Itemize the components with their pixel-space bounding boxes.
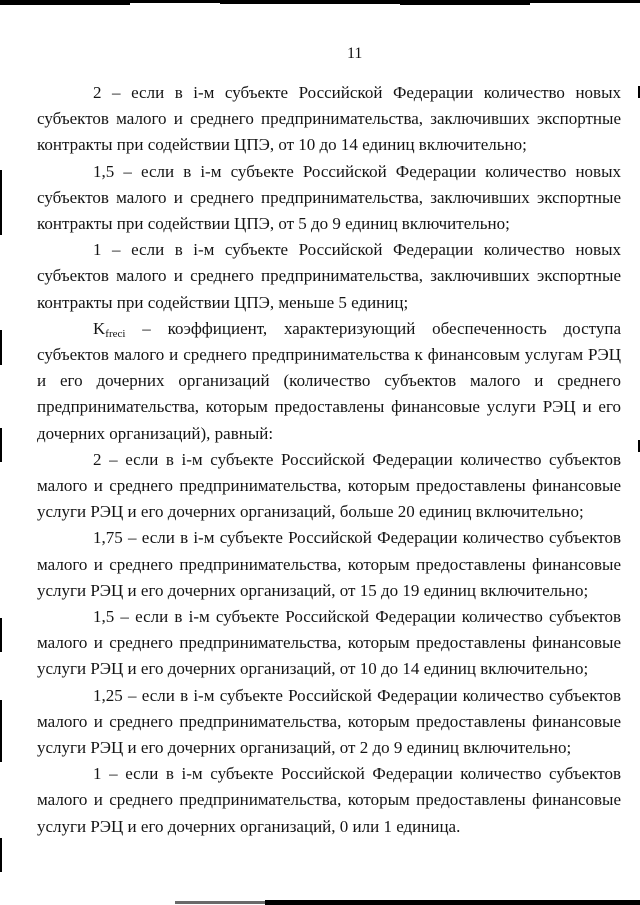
scan-artifact-left-edge [0,170,2,235]
scan-artifact-left-edge [0,618,2,652]
paragraph-cpe-value-1: 1 – если в i-м субъекте Российской Федер… [37,237,621,316]
document-body: 2 – если в i-м субъекте Российской Федер… [37,80,621,840]
paragraph-rec-value-1-5: 1,5 – если в i-м субъекте Российской Фед… [37,604,621,683]
scan-artifact-left-edge [0,838,2,872]
scan-artifact-bottom [175,901,265,904]
scan-artifact-left-edge [0,700,2,762]
page-number: 11 [347,45,362,63]
scan-artifact-top [400,0,530,5]
coefficient-subscript: freci [105,328,125,340]
paragraph-rec-value-1: 1 – если в i-м субъекте Российской Федер… [37,761,621,840]
paragraph-cpe-value-2: 2 – если в i-м субъекте Российской Федер… [37,80,621,159]
scan-artifact-top [0,0,130,5]
scan-artifact-top [530,0,640,3]
paragraph-rec-value-1-75: 1,75 – если в i-м субъекте Российской Фе… [37,525,621,604]
scan-artifact-bottom [265,900,640,905]
paragraph-cpe-value-1-5: 1,5 – если в i-м субъекте Российской Фед… [37,159,621,238]
paragraph-rec-value-2: 2 – если в i-м субъекте Российской Федер… [37,447,621,526]
scan-artifact-left-edge [0,330,2,365]
paragraph-text: – коэффициент, характеризующий обеспечен… [37,319,621,443]
scan-artifact-top [130,0,220,3]
document-page: 11 2 – если в i-м субъекте Российской Фе… [0,0,640,905]
scan-artifact-top [220,0,400,4]
coefficient-symbol: K [93,319,105,338]
paragraph-rec-value-1-25: 1,25 – если в i-м субъекте Российской Фе… [37,683,621,762]
paragraph-kfreci-definition: Kfreci – коэффициент, характеризующий об… [37,316,621,447]
scan-artifact-left-edge [0,428,2,462]
